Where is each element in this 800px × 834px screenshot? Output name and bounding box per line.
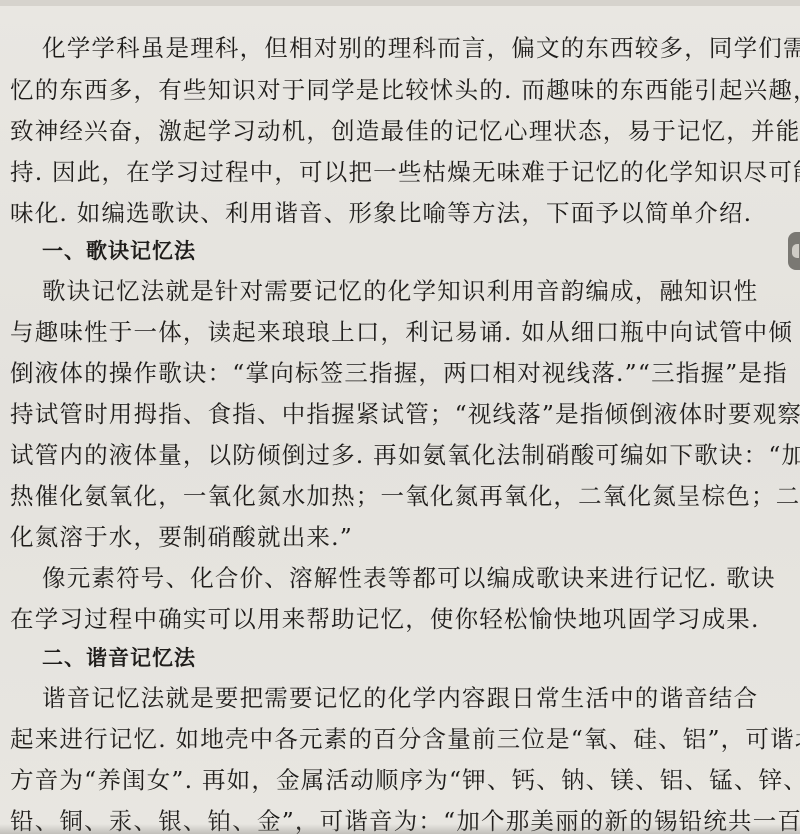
section2-line-2: 起来进行记忆. 如地壳中各元素的百分含量前三位是“氧、硅、铝”，可谐北: [10, 724, 800, 754]
intro-line-4: 持. 因此，在学习过程中，可以把一些枯燥无味难于记忆的化学知识尽可能趣: [10, 157, 800, 187]
section1-line-3: 倒液体的操作歌诀：“掌向标签三指握，两口相对视线落.”“三指握”是指: [10, 358, 788, 388]
page-bottom-shadow: [0, 824, 800, 834]
section1-line-6: 热催化氨氧化，一氧化氮水加热；一氧化氮再氧化，二氧化氮呈棕色；二氧: [10, 481, 800, 511]
section1-line-4: 持试管时用拇指、食指、中指握紧试管；“视线落”是指倾倒液体时要观察: [10, 399, 800, 429]
page-edge-tab: [788, 232, 800, 270]
section-heading-mnemonic-rhyme: 一、歌诀记忆法: [42, 237, 196, 265]
section1-line-5: 试管内的液体量，以防倾倒过多. 再如氨氧化法制硝酸可编如下歌诀：“加: [10, 440, 800, 470]
section1-p2-line-1: 像元素符号、化合价、溶解性表等都可以编成歌诀来进行记忆. 歌诀: [42, 563, 776, 593]
section1-p2-line-2: 在学习过程中确实可以用来帮助记忆，使你轻松愉快地巩固学习成果.: [10, 604, 760, 634]
section2-line-1: 谐音记忆法就是要把需要记忆的化学内容跟日常生活中的谐音结合: [42, 683, 758, 713]
intro-line-5: 味化. 如编选歌诀、利用谐音、形象比喻等方法，下面予以简单介绍.: [10, 198, 752, 228]
section1-line-7: 化氮溶于水，要制硝酸就出来.”: [10, 522, 353, 552]
section2-line-3: 方音为“养闺女”. 再如，金属活动顺序为“钾、钙、钠、镁、铝、锰、锌、铁、锡、: [10, 765, 800, 795]
intro-line-3: 致神经兴奋，激起学习动机，创造最佳的记忆心理状态，易于记忆，并能牢固保: [10, 116, 800, 146]
section1-line-2: 与趣味性于一体，读起来琅琅上口，利记易诵. 如从细口瓶中向试管中倾: [10, 317, 793, 347]
section1-line-1: 歌诀记忆法就是针对需要记忆的化学知识利用音韵编成，融知识性: [42, 276, 758, 306]
intro-line-2: 忆的东西多，有些知识对于同学是比较怵头的. 而趣味的东西能引起兴趣，导: [10, 75, 800, 105]
scanned-page: 化学学科虽是理科，但相对别的理科而言，偏文的东西较多，同学们需记 忆的东西多，有…: [0, 0, 800, 834]
section-heading-homophone: 二、谐音记忆法: [42, 644, 196, 672]
page-top-edge: [0, 0, 800, 6]
intro-line-1: 化学学科虽是理科，但相对别的理科而言，偏文的东西较多，同学们需记: [42, 33, 800, 63]
